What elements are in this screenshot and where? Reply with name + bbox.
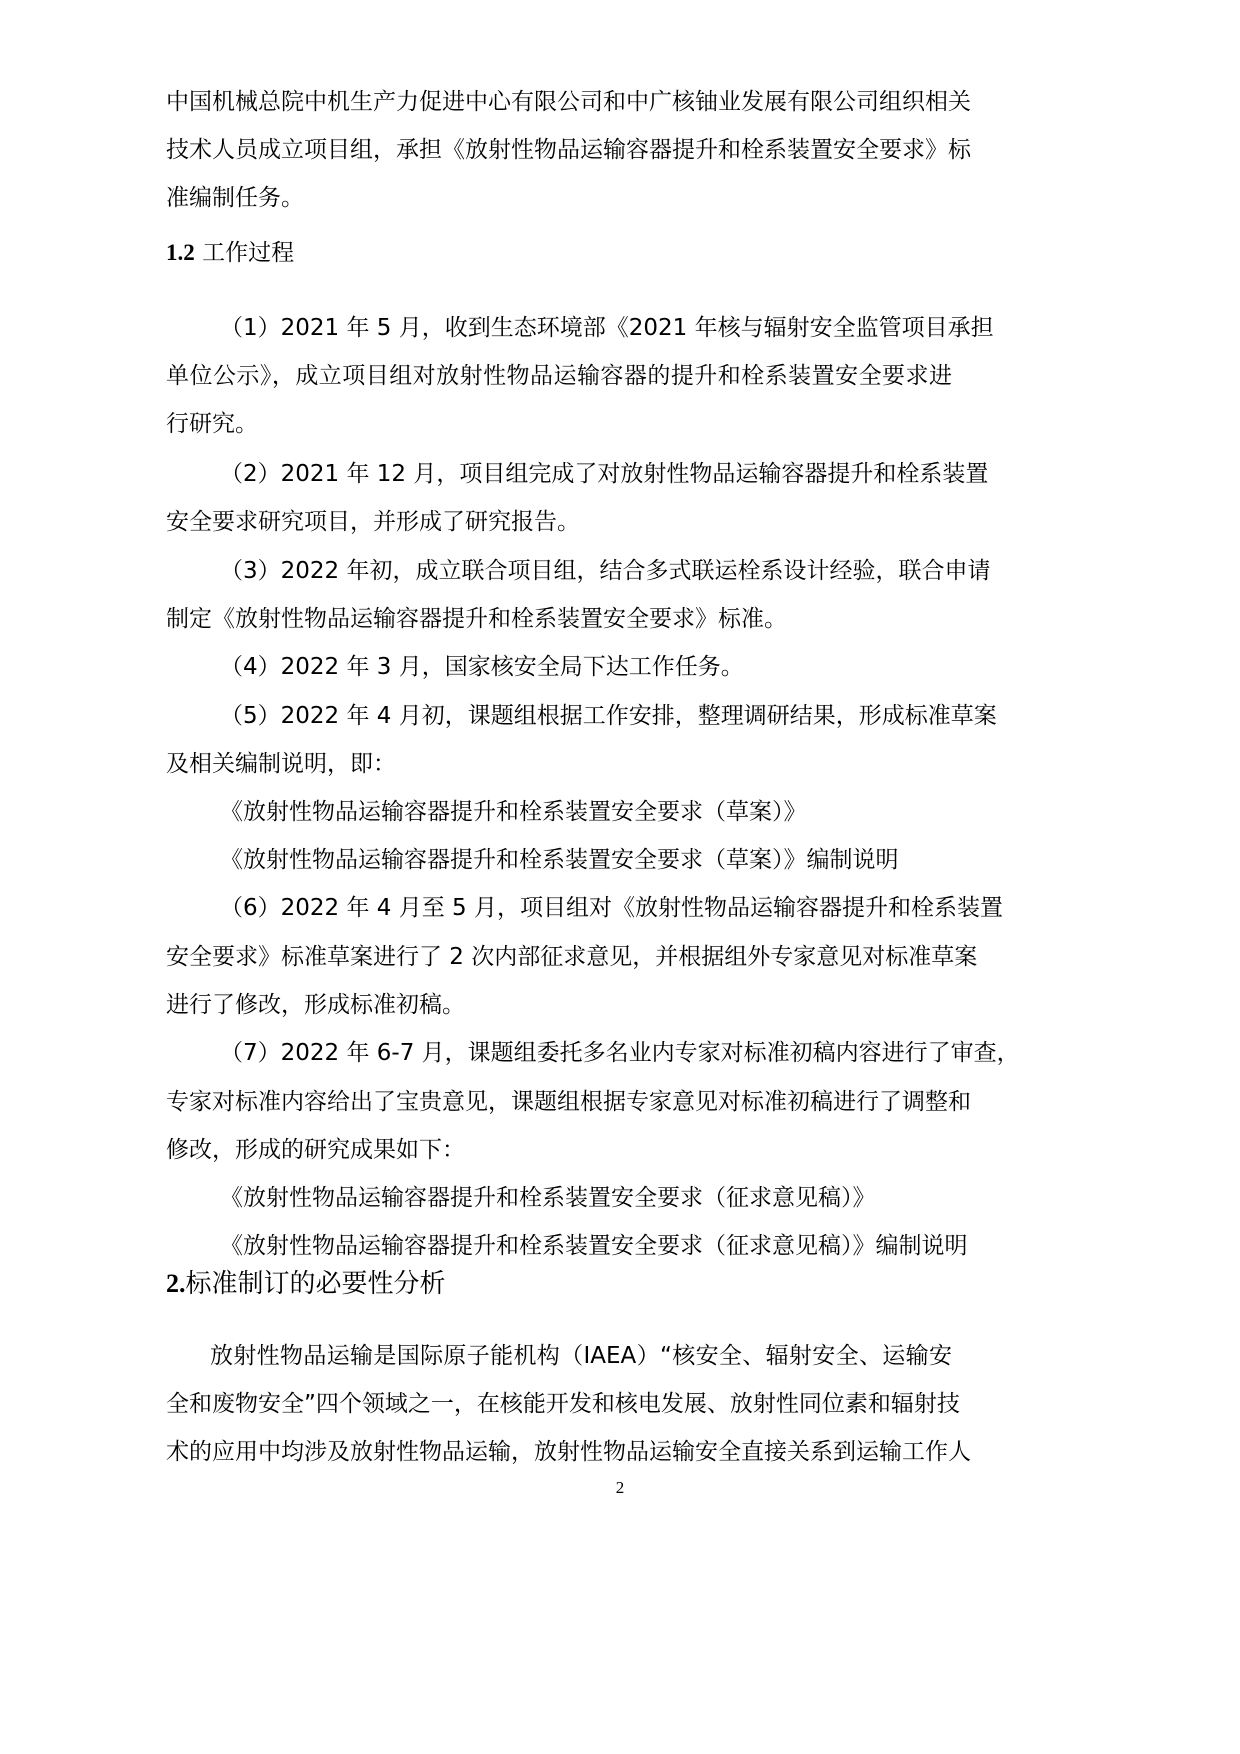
paragraph-line: 技术人员成立项目组，承担《放射性物品运输容器提升和栓系装置安全要求》标 [166, 130, 952, 178]
work-item-2: （2）2021 年 12 月，项目组完成了对放射性物品运输容器提升和栓系装置 [166, 454, 952, 502]
page-number: 2 [0, 1478, 1240, 1498]
section-title: 标准制订的必要性分析 [186, 1269, 446, 1299]
paragraph-line: 行研究。 [166, 404, 952, 452]
paragraph-line: 放射性物品运输是国际原子能机构（IAEA）“核安全、辐射安全、运输安 [166, 1336, 952, 1384]
section-title: 工作过程 [202, 240, 294, 266]
section-heading-1-2: 1.2 工作过程 [166, 233, 952, 281]
work-item-6: （6）2022 年 4 月至 5 月，项目组对《放射性物品运输容器提升和栓系装置 [166, 888, 952, 936]
paragraph-line: 及相关编制说明，即： [166, 744, 952, 792]
work-item-3: （3）2022 年初，成立联合项目组，结合多式联运栓系设计经验，联合申请 [166, 551, 952, 599]
work-item-5: （5）2022 年 4 月初，课题组根据工作安排，整理调研结果，形成标准草案 [166, 696, 952, 744]
work-item-4: （4）2022 年 3 月，国家核安全局下达工作任务。 [166, 647, 952, 695]
section-heading-2: 2.标准制订的必要性分析 [166, 1264, 952, 1312]
paragraph-line: 中国机械总院中机生产力促进中心有限公司和中广核铀业发展有限公司组织相关 [166, 82, 952, 130]
deliverable-item: 《放射性物品运输容器提升和栓系装置安全要求（征求意见稿）》 [166, 1178, 952, 1226]
section-number: 2. [166, 1269, 186, 1298]
paragraph-line: 专家对标准内容给出了宝贵意见，课题组根据专家意见对标准初稿进行了调整和 [166, 1082, 952, 1130]
paragraph-line: 安全要求研究项目，并形成了研究报告。 [166, 502, 952, 550]
paragraph-line: 术的应用中均涉及放射性物品运输，放射性物品运输安全直接关系到运输工作人 [166, 1432, 952, 1480]
deliverable-item: 《放射性物品运输容器提升和栓系装置安全要求（草案）》 [166, 792, 952, 840]
work-item-1: （1）2021 年 5 月，收到生态环境部《2021 年核与辐射安全监管项目承担 [166, 308, 952, 356]
deliverable-item: 《放射性物品运输容器提升和栓系装置安全要求（草案）》编制说明 [166, 840, 952, 888]
paragraph-line: 进行了修改，形成标准初稿。 [166, 985, 952, 1033]
paragraph-line: 准编制任务。 [166, 178, 952, 226]
paragraph-line: 全和废物安全”四个领域之一，在核能开发和核电发展、放射性同位素和辐射技 [166, 1384, 952, 1432]
paragraph-line: 单位公示》，成立项目组对放射性物品运输容器的提升和栓系装置安全要求进 [166, 356, 952, 404]
work-item-7: （7）2022 年 6-7 月，课题组委托多名业内专家对标准初稿内容进行了审查， [166, 1033, 952, 1081]
section-number: 1.2 [166, 240, 195, 265]
paragraph-line: 安全要求》标准草案进行了 2 次内部征求意见，并根据组外专家意见对标准草案 [166, 937, 952, 985]
paragraph-line: 制定《放射性物品运输容器提升和栓系装置安全要求》标准。 [166, 599, 952, 647]
paragraph-line: 修改，形成的研究成果如下： [166, 1130, 952, 1178]
